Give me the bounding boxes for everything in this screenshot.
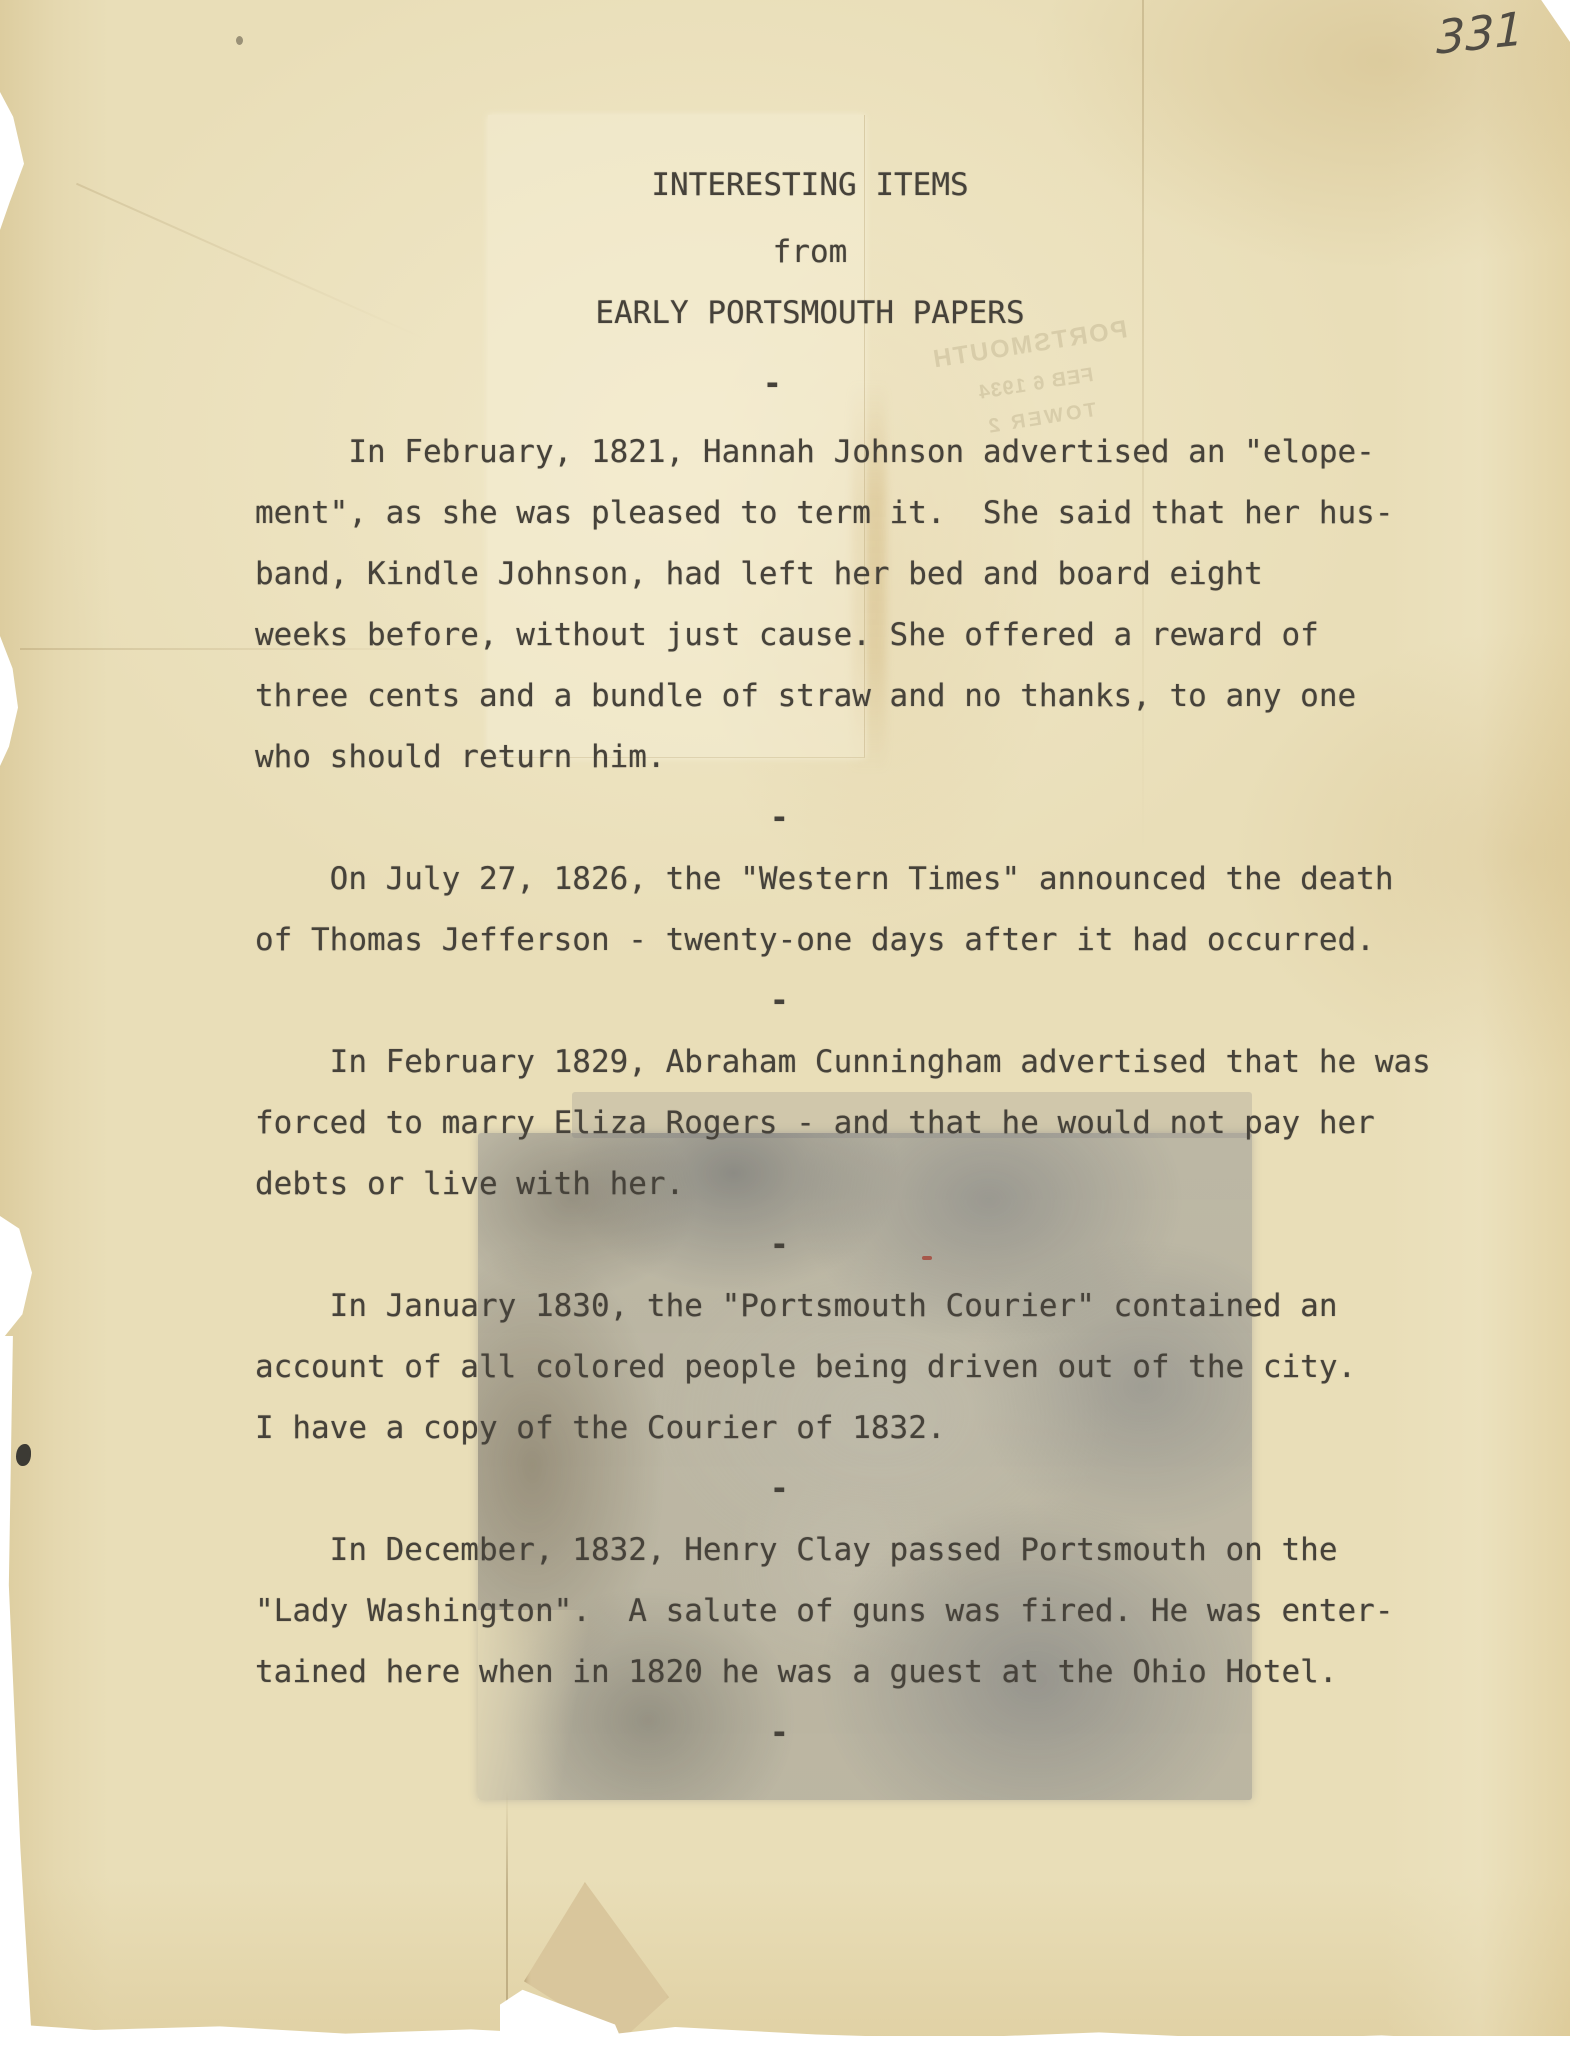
dash-separator: - xyxy=(255,1459,1431,1520)
dash-separator: - xyxy=(255,971,1431,1032)
document-title-line-3: EARLY PORTSMOUTH PAPERS xyxy=(50,295,1570,331)
typed-line: weeks before, without just cause. She of… xyxy=(255,605,1431,666)
typed-line: tained here when in 1820 he was a guest … xyxy=(255,1642,1431,1703)
document-title-line-1: INTERESTING ITEMS xyxy=(50,167,1570,203)
dash-separator: - xyxy=(255,1703,1431,1764)
typed-line: In February 1829, Abraham Cunningham adv… xyxy=(255,1032,1431,1093)
typed-line: In February, 1821, Hannah Johnson advert… xyxy=(255,422,1431,483)
typed-line: "Lady Washington". A salute of guns was … xyxy=(255,1581,1431,1642)
typed-line: debts or live with her. xyxy=(255,1154,1431,1215)
typed-line: of Thomas Jefferson - twenty-one days af… xyxy=(255,910,1431,971)
typed-line: I have a copy of the Courier of 1832. xyxy=(255,1398,1431,1459)
pencil-page-number: 331 xyxy=(1436,1,1523,64)
typed-line: On July 27, 1826, the "Western Times" an… xyxy=(255,849,1431,910)
typed-line: forced to marry Eliza Rogers - and that … xyxy=(255,1093,1431,1154)
typed-line: who should return him. xyxy=(255,727,1431,788)
typed-line: band, Kindle Johnson, had left her bed a… xyxy=(255,544,1431,605)
dash-separator: - xyxy=(255,1215,1431,1276)
typed-line: account of all colored people being driv… xyxy=(255,1337,1431,1398)
typed-line: In January 1830, the "Portsmouth Courier… xyxy=(255,1276,1431,1337)
typed-line: ment", as she was pleased to term it. Sh… xyxy=(255,483,1431,544)
scanned-document-page: PORTSMOUTH FEB 6 1934 TOWER 2 331 INTERE… xyxy=(0,0,1570,2048)
document-title-line-2: from xyxy=(50,234,1570,270)
dash-separator: - xyxy=(255,788,1431,849)
dash-separator: - xyxy=(763,366,782,402)
typed-line: In December, 1832, Henry Clay passed Por… xyxy=(255,1520,1431,1581)
fold-crease xyxy=(506,1790,508,2030)
paper-speck xyxy=(236,36,243,45)
typed-line: three cents and a bundle of straw and no… xyxy=(255,666,1431,727)
typed-body-text: In February, 1821, Hannah Johnson advert… xyxy=(255,422,1431,1764)
